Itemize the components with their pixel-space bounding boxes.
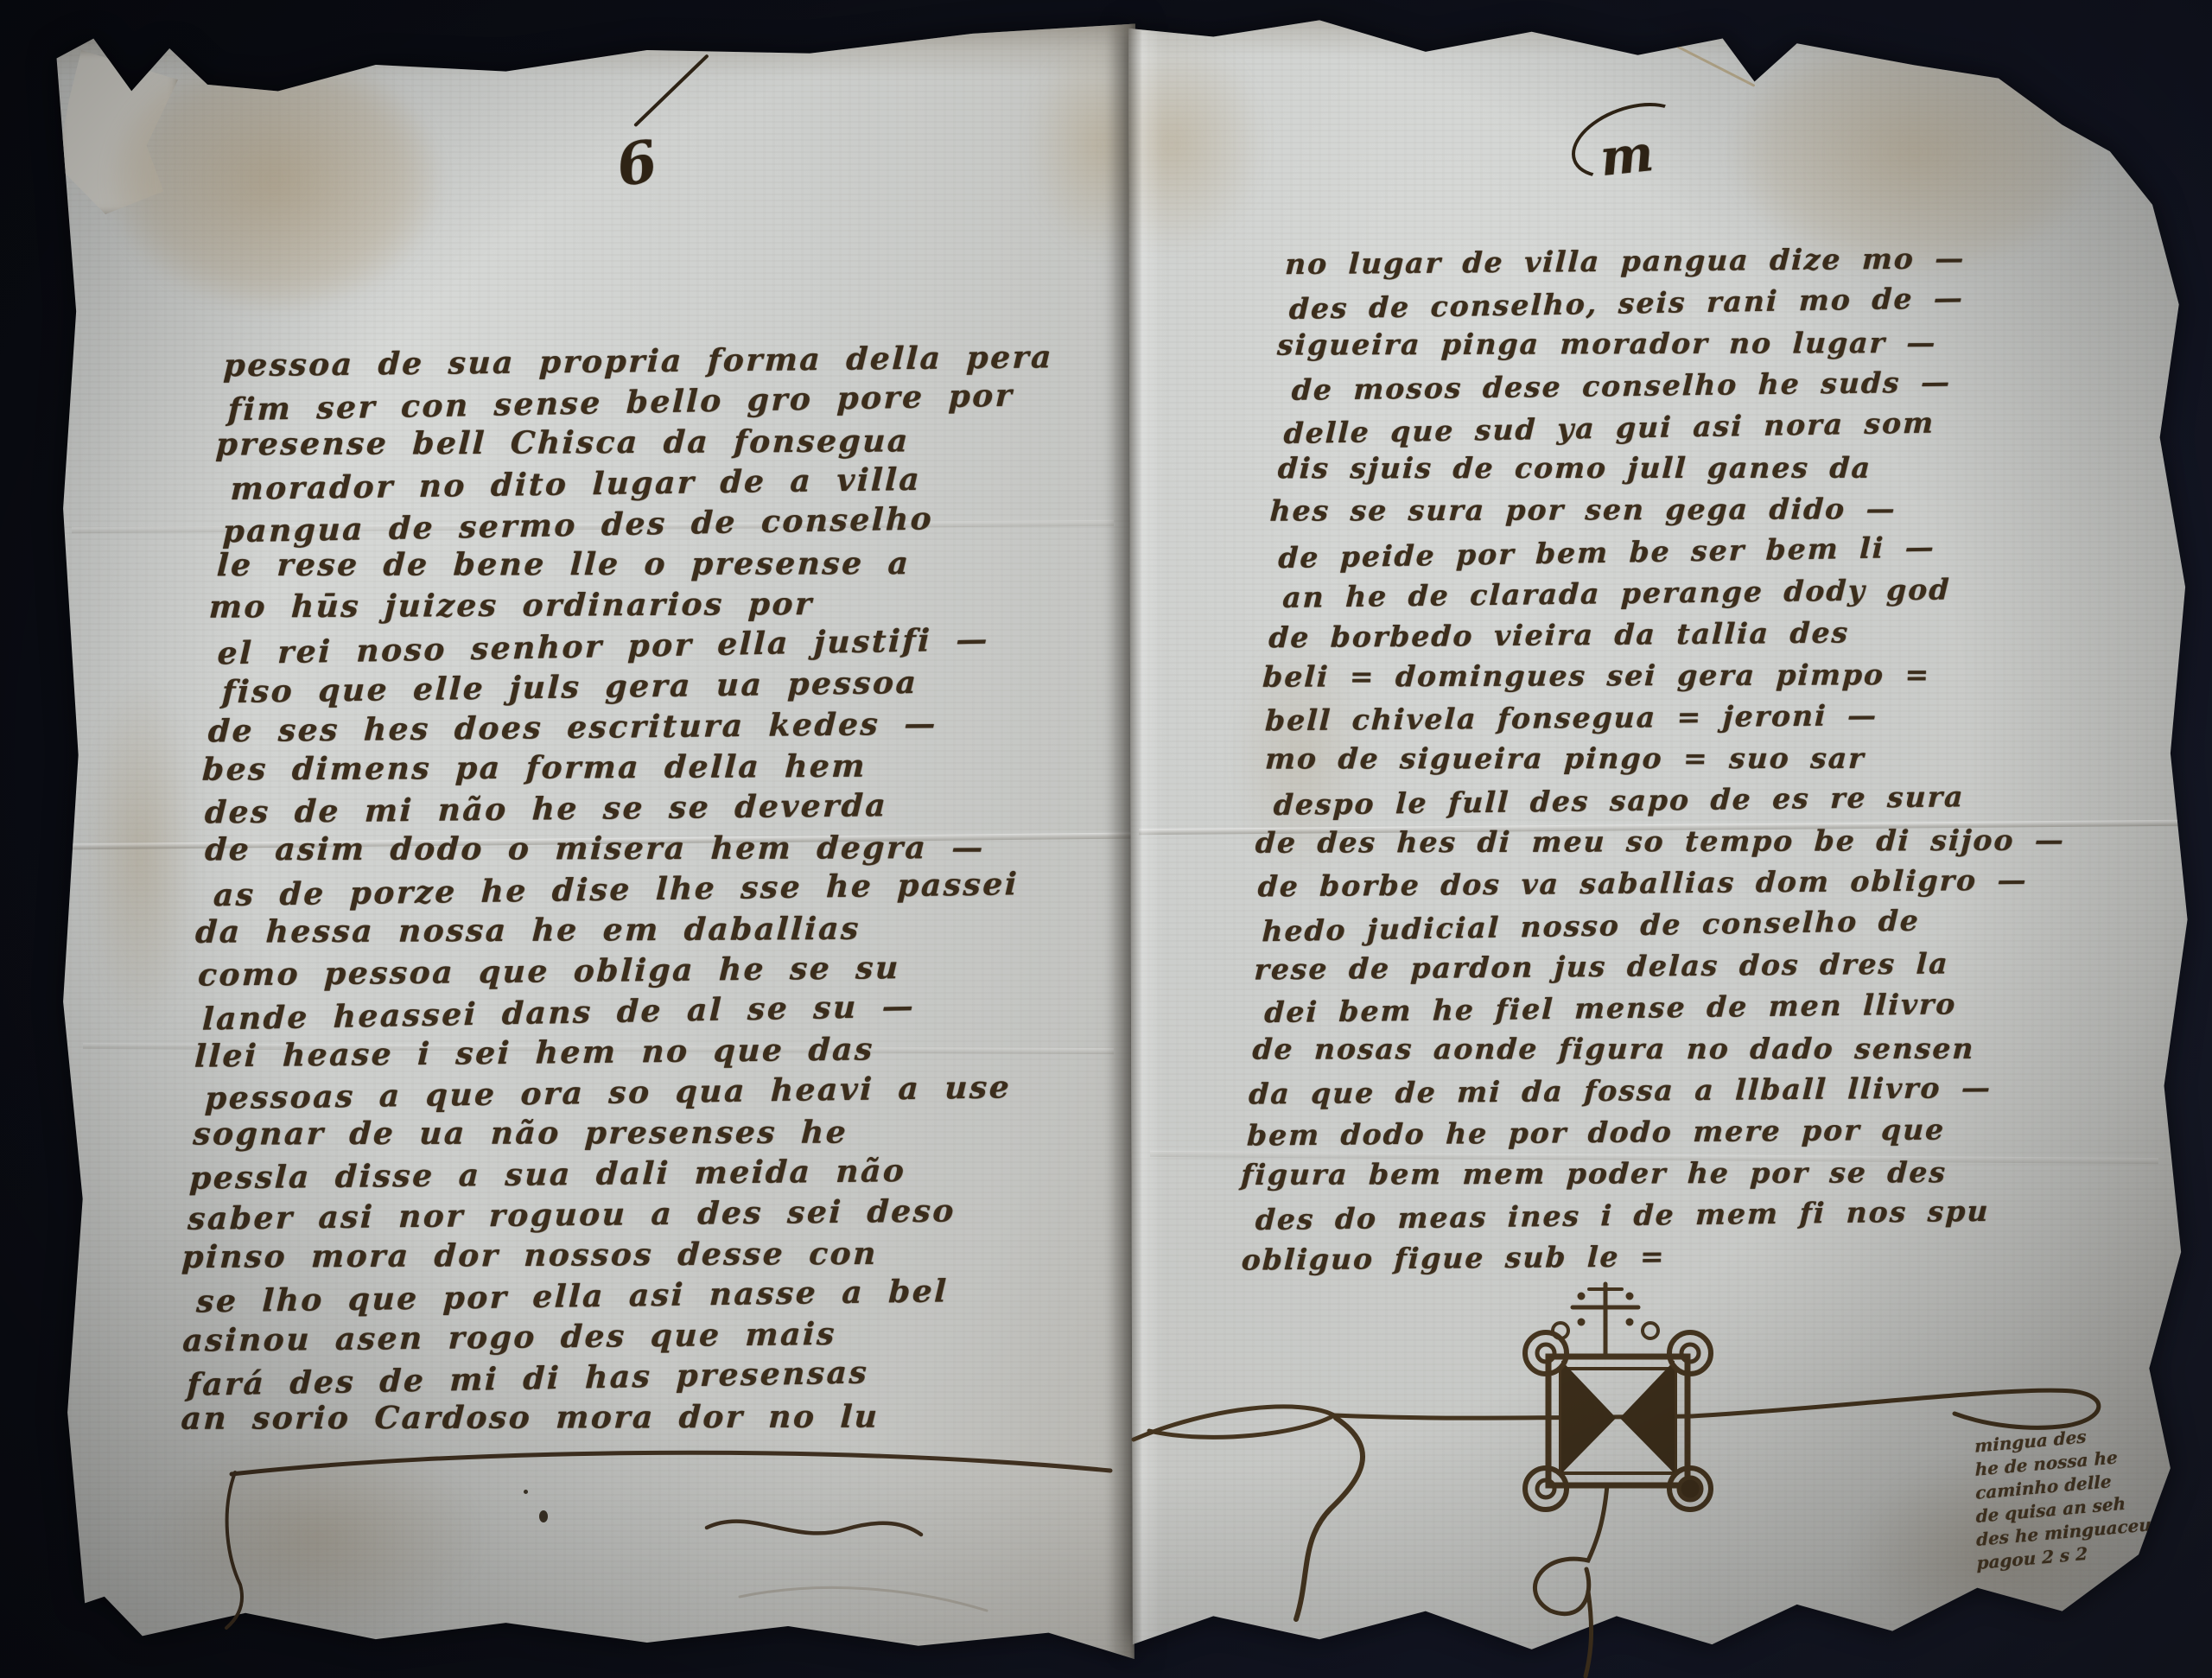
manuscript-line: da hessa nossa he em daballias [194, 907, 1112, 953]
paper-edge-grime [50, 16, 1135, 78]
manuscript-photo: 6 pessoa de sua propria forma della pera… [0, 0, 2212, 1678]
manuscript-line: de nosas aonde figura no dado sensen [1251, 1028, 2117, 1071]
ink-fleck [524, 1490, 528, 1494]
manuscript-line: sognar de ua não presenses he [192, 1112, 1109, 1155]
manuscript-line: da que de mi da fossa a llball llivro — [1248, 1066, 2113, 1115]
paper-stain [85, 672, 197, 1035]
manuscript-line: beli = domingues sei gera pimpo = [1262, 653, 2127, 698]
folio-mark-right: m [1598, 124, 1656, 188]
left-page: 6 pessoa de sua propria forma della pera… [50, 16, 1135, 1659]
manuscript-line: an sorio Cardoso mora dor no lu [180, 1396, 1097, 1440]
paper-stain [111, 50, 439, 309]
ink-fleck [539, 1510, 548, 1522]
manuscript-line: despo le full des sapo de es re sura [1273, 774, 2139, 826]
manuscript-line: bell chivela fonsegua = jeroni — [1264, 693, 2130, 742]
marginal-note: mingua des he de nossa he caminho delle … [1974, 1416, 2192, 1575]
folio-mark-left: 6 [612, 127, 663, 200]
manuscript-line: bes dimens pa forma della hem [201, 745, 1119, 791]
manuscript-line: figura bem mem poder he por se des [1240, 1151, 2106, 1196]
manuscript-line: bem dodo he por dodo mere por que [1246, 1108, 2112, 1157]
manuscript-line: le rese de bene lle o presense a [216, 543, 1134, 586]
manuscript-line: dis sjuis de como jull ganes da [1277, 447, 2143, 489]
left-page-text: pessoa de sua propria forma della pera f… [178, 336, 1140, 1443]
manuscript-line: de des hes di meu so tempo be di sijoo — [1255, 819, 2120, 864]
left-page-wrap: 6 pessoa de sua propria forma della pera… [50, 16, 1135, 1659]
manuscript-line: saber asi nor roguou a des sei deso [187, 1190, 1104, 1240]
right-page-text: no lugar de villa pangua dize mo — des d… [1241, 236, 2150, 1281]
right-page-wrap: m no lugar de villa pangua dize mo — des… [1128, 5, 2190, 1668]
paper-edge-grime [1128, 5, 2190, 57]
manuscript-line: mo de sigueira pingo = suo sar [1264, 738, 2130, 780]
paper-fiber [1653, 33, 1756, 87]
manuscript-line: des de mi não he se se deverda [204, 783, 1122, 833]
manuscript-line: sigueira pinga morador no lugar — [1276, 321, 2142, 366]
right-page: m no lugar de villa pangua dize mo — des… [1128, 5, 2190, 1668]
torn-corner-flap [57, 50, 178, 214]
paper-stain [154, 1433, 482, 1640]
gutter-fold-shadow [1128, 5, 1163, 1668]
